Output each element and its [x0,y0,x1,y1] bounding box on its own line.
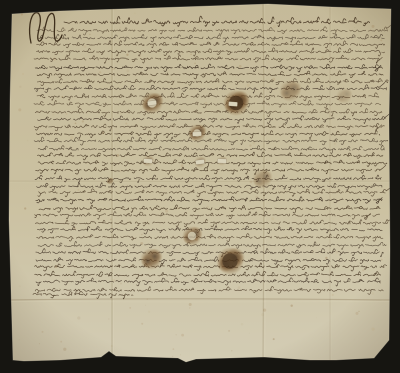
seal-tag [143,158,152,163]
seal-tag [192,132,201,137]
manuscript-svg [0,0,400,373]
vignette-shading [0,0,400,373]
manuscript-photo [0,0,400,373]
seal-tag [195,159,204,164]
seal-tag [147,100,156,105]
seal-tag [228,101,237,106]
parchment-surface [0,0,400,373]
seal-tag [217,159,226,164]
